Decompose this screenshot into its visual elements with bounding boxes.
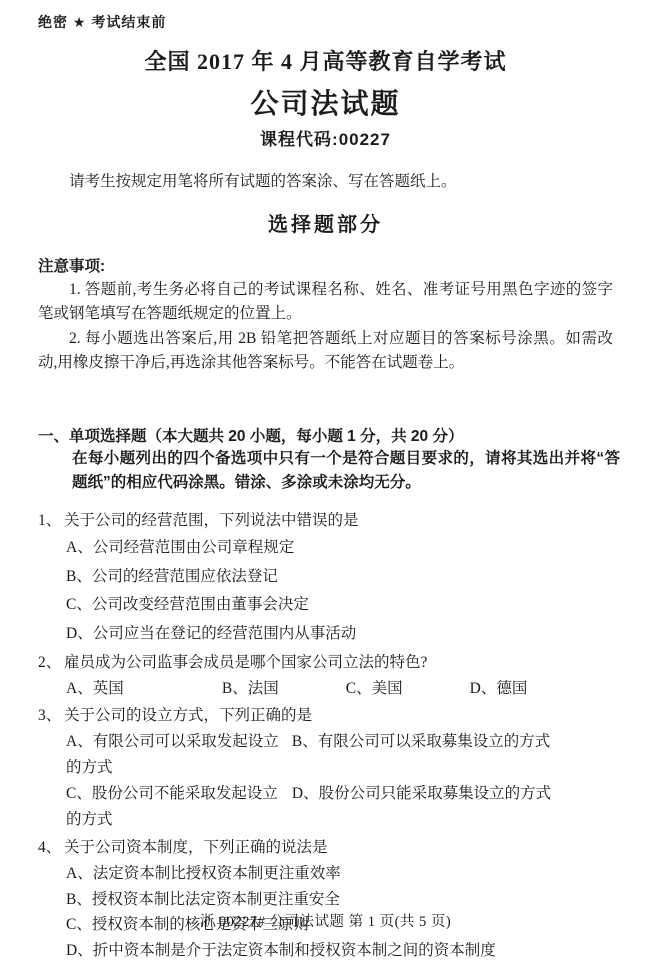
question-3: 3、 关于公司的设立方式，下列正确的是 A、有限公司可以采取发起设立的方式 B、… bbox=[38, 703, 613, 833]
question-2-option-d: D、德国 bbox=[470, 676, 528, 701]
question-2-options: A、英国 B、法国 C、美国 D、德国 bbox=[66, 676, 613, 701]
question-2-number: 2、 bbox=[38, 650, 64, 676]
question-1-number: 1、 bbox=[38, 508, 64, 534]
page-footer: 浙 00227# 公司法试题 第 1 页(共 5 页) bbox=[0, 910, 651, 931]
question-3-option-b: B、有限公司可以采取募集设立的方式 bbox=[292, 729, 550, 755]
question-4-option-a: A、法定资本制比授权资本制更注重效率 bbox=[66, 861, 613, 887]
note-item-2: 2. 每小题选出答案后,用 2B 铅笔把答题纸上对应题目的答案标号涂黑。如需改动… bbox=[38, 327, 613, 374]
question-2-option-a: A、英国 bbox=[66, 676, 218, 701]
exam-title: 全国 2017 年 4 月高等教育自学考试 bbox=[38, 45, 613, 76]
part-one-description: 在每小题列出的四个备选项中只有一个是符合题目要求的，请将其选出并将“答题纸”的相… bbox=[72, 447, 620, 495]
question-1-option-b: B、公司的经营范围应依法登记 bbox=[66, 563, 613, 592]
classification-banner: 绝密 ★ 考试结束前 bbox=[38, 12, 613, 32]
question-4-stem-row: 4、 关于公司资本制度，下列正确的说法是 bbox=[38, 835, 613, 861]
question-3-number: 3、 bbox=[38, 703, 64, 729]
question-3-option-d: D、股份公司只能采取募集设立的方式 bbox=[292, 781, 551, 807]
question-1-option-a: A、公司经营范围由公司章程规定 bbox=[66, 534, 613, 563]
question-4-number: 4、 bbox=[38, 835, 64, 861]
question-2-stem: 雇员成为公司监事会成员是哪个国家公司立法的特色? bbox=[64, 650, 613, 676]
question-1: 1、 关于公司的经营范围，下列说法中错误的是 A、公司经营范围由公司章程规定 B… bbox=[38, 508, 613, 648]
question-2: 2、 雇员成为公司监事会成员是哪个国家公司立法的特色? A、英国 B、法国 C、… bbox=[38, 650, 613, 701]
question-2-option-c: C、美国 bbox=[346, 676, 466, 701]
question-3-options: A、有限公司可以采取发起设立的方式 B、有限公司可以采取募集设立的方式 C、股份… bbox=[66, 729, 613, 833]
question-3-option-a: A、有限公司可以采取发起设立的方式 bbox=[66, 729, 288, 781]
question-3-stem-row: 3、 关于公司的设立方式，下列正确的是 bbox=[38, 703, 613, 729]
question-1-option-c: C、公司改变经营范围由董事会决定 bbox=[66, 591, 613, 620]
course-code: 课程代码:00227 bbox=[38, 125, 613, 150]
question-2-stem-row: 2、 雇员成为公司监事会成员是哪个国家公司立法的特色? bbox=[38, 650, 613, 676]
question-2-option-b: B、法国 bbox=[222, 676, 342, 701]
question-1-stem-row: 1、 关于公司的经营范围，下列说法中错误的是 bbox=[38, 508, 613, 534]
candidate-instruction: 请考生按规定用笔将所有试题的答案涂、写在答题纸上。 bbox=[38, 171, 613, 193]
question-3-option-c: C、股份公司不能采取发起设立的方式 bbox=[66, 781, 288, 833]
question-4-option-d: D、折中资本制是介于法定资本制和授权资本制之间的资本制度 bbox=[66, 938, 613, 964]
part-one-heading: 一、单项选择题（本大题共 20 小题，每小题 1 分，共 20 分） bbox=[38, 424, 613, 446]
notes-title: 注意事项: bbox=[38, 254, 613, 276]
note-item-1: 1. 答题前,考生务必将自己的考试课程名称、姓名、准考证号用黑色字迹的签字笔或钢… bbox=[38, 278, 613, 325]
question-4-option-b: B、授权资本制比法定资本制更注重安全 bbox=[66, 887, 613, 913]
question-3-stem: 关于公司的设立方式，下列正确的是 bbox=[64, 703, 613, 729]
question-1-options: A、公司经营范围由公司章程规定 B、公司的经营范围应依法登记 C、公司改变经营范… bbox=[66, 534, 613, 648]
section-title: 选择题部分 bbox=[38, 208, 613, 237]
question-4-stem: 关于公司资本制度，下列正确的说法是 bbox=[64, 835, 613, 861]
exam-paper-page: 绝密 ★ 考试结束前 全国 2017 年 4 月高等教育自学考试 公司法试题 课… bbox=[0, 0, 651, 968]
question-list: 1、 关于公司的经营范围，下列说法中错误的是 A、公司经营范围由公司章程规定 B… bbox=[38, 508, 613, 963]
question-1-option-d: D、公司应当在登记的经营范围内从事活动 bbox=[66, 620, 613, 649]
subject-title: 公司法试题 bbox=[38, 82, 613, 122]
question-4: 4、 关于公司资本制度，下列正确的说法是 A、法定资本制比授权资本制更注重效率 … bbox=[38, 835, 613, 963]
question-1-stem: 关于公司的经营范围，下列说法中错误的是 bbox=[64, 508, 613, 534]
